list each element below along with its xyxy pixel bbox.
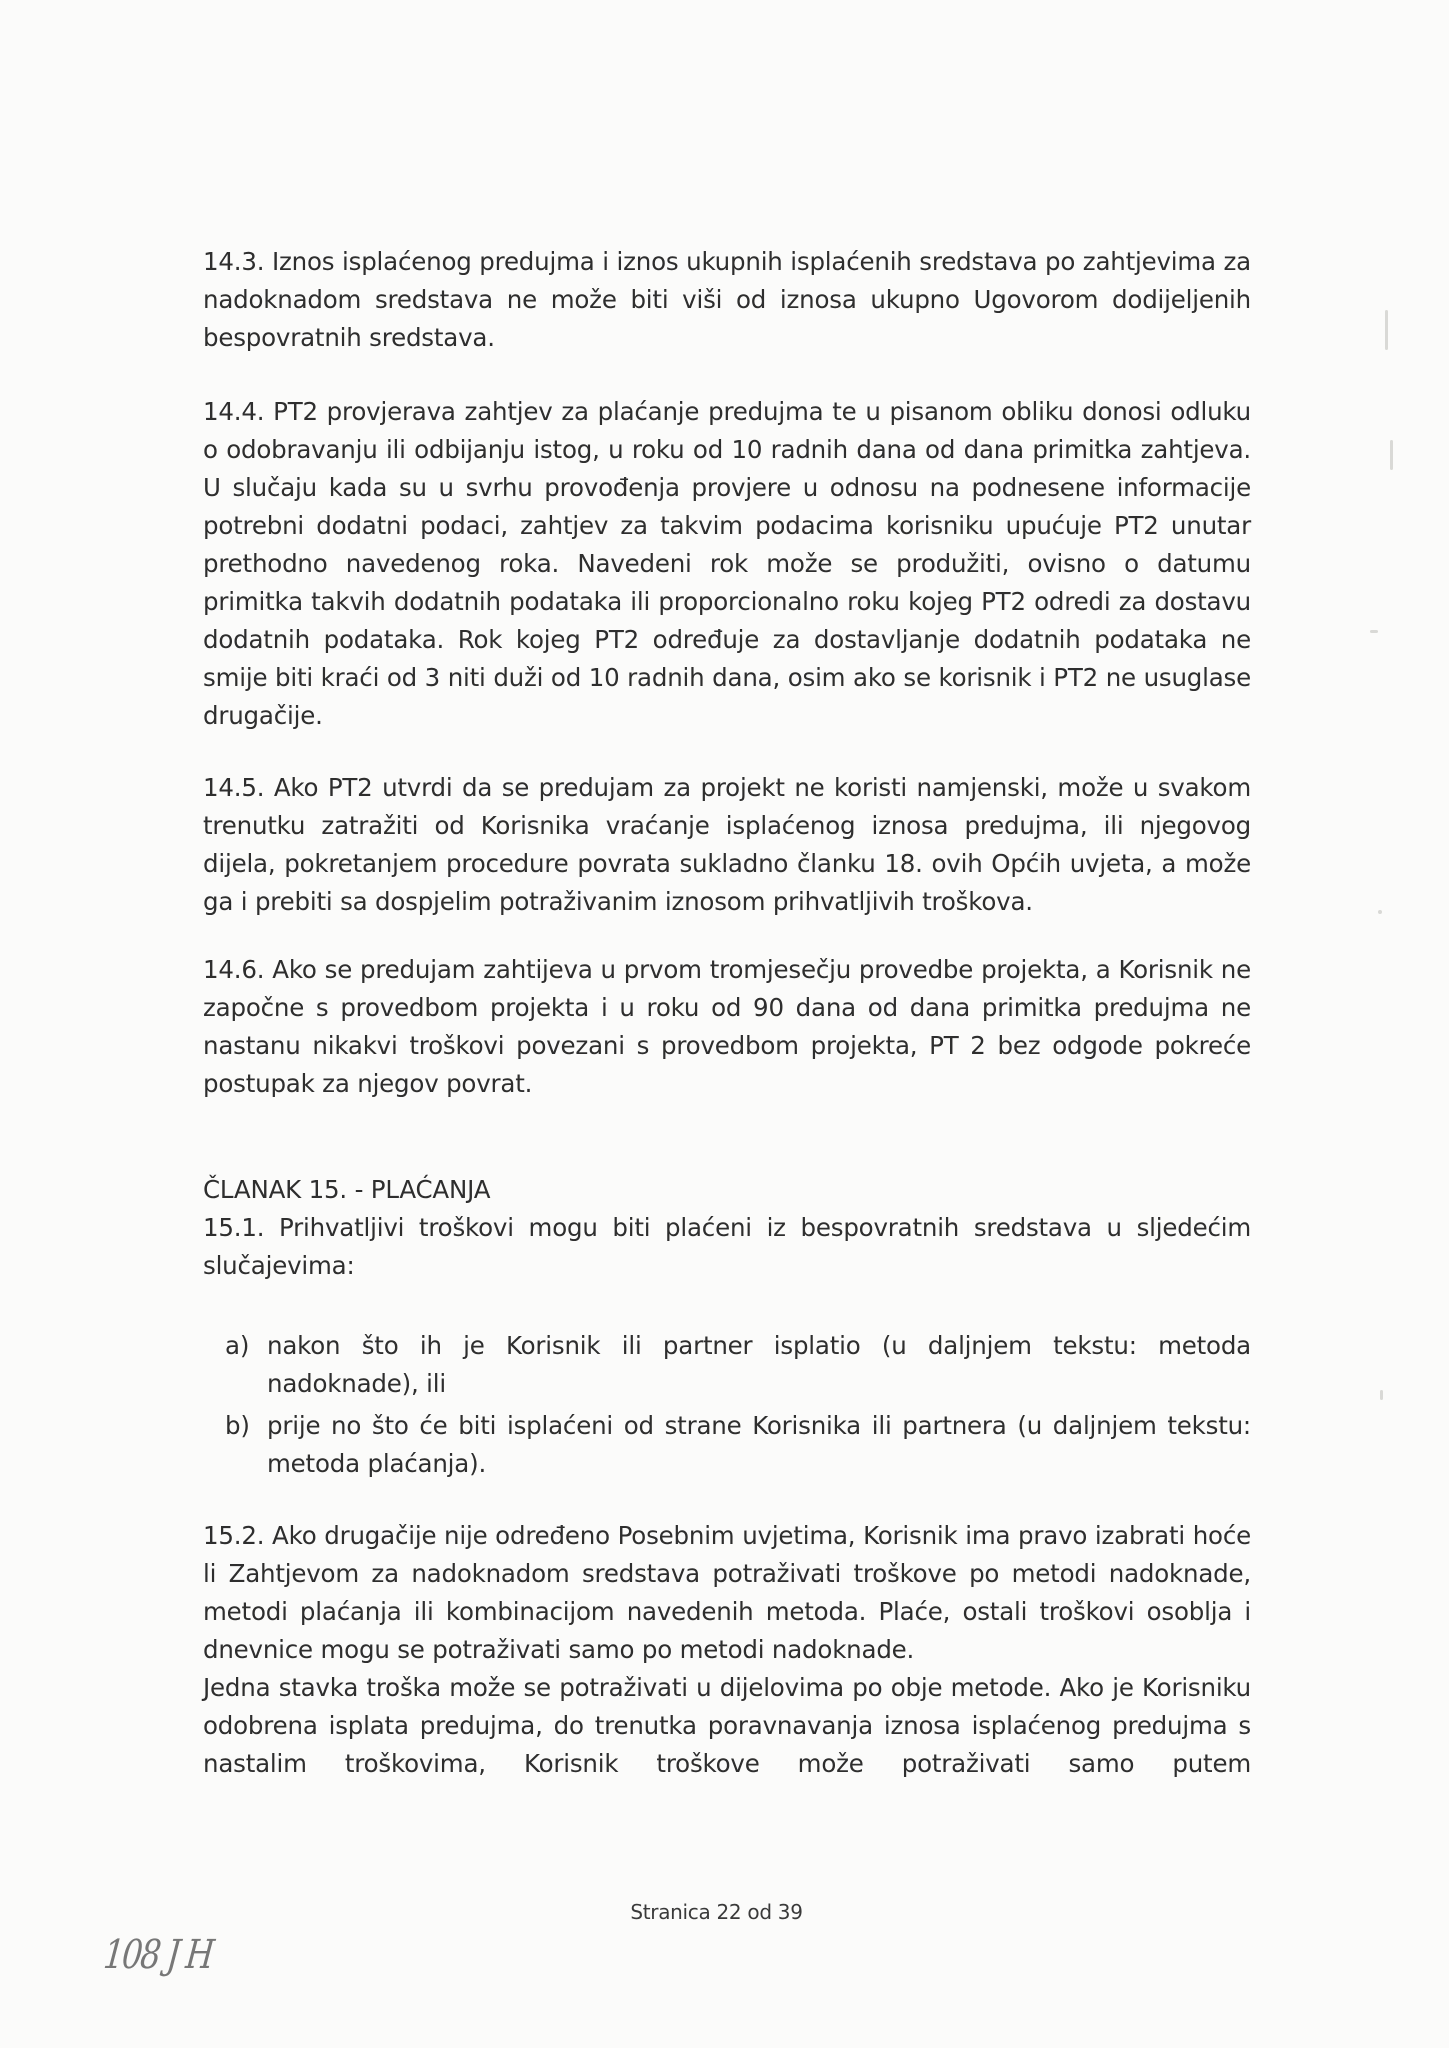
payment-methods-list: a) nakon što ih je Korisnik ili partner …: [203, 1327, 1251, 1483]
paragraph-15-1: 15.1. Prihvatljivi troškovi mogu biti pl…: [203, 1209, 1251, 1285]
paragraph-14-4: 14.4. PT2 provjerava zahtjev za plaćanje…: [203, 393, 1251, 735]
paragraph-15-2: 15.2. Ako drugačije nije određeno Posebn…: [203, 1517, 1251, 1669]
article-15-heading: ČLANAK 15. - PLAĆANJA: [203, 1171, 1251, 1209]
paragraph-14-3: 14.3. Iznos isplaćenog predujma i iznos …: [203, 243, 1251, 357]
list-item-text: nakon što ih je Korisnik ili partner isp…: [267, 1327, 1251, 1403]
document-page: 14.3. Iznos isplaćenog predujma i iznos …: [0, 0, 1449, 2048]
list-marker: b): [225, 1407, 267, 1445]
scan-speck: [1378, 910, 1382, 914]
page-number: Stranica 22 od 39: [630, 1900, 802, 1924]
scan-speck: [1385, 310, 1388, 350]
page-footer: Stranica 22 od 39: [0, 1900, 1449, 1924]
paragraph-14-5: 14.5. Ako PT2 utvrdi da se predujam za p…: [203, 769, 1251, 921]
scan-speck: [1380, 1390, 1383, 1400]
list-item-text: prije no što će biti isplaćeni od strane…: [267, 1407, 1251, 1483]
list-item-b: b) prije no što će biti isplaćeni od str…: [225, 1407, 1251, 1483]
paragraph-14-6: 14.6. Ako se predujam zahtijeva u prvom …: [203, 951, 1251, 1103]
scan-speck: [1370, 630, 1378, 633]
handwritten-annotation: 108 J H: [102, 1930, 215, 1978]
list-marker: a): [225, 1327, 267, 1365]
document-body: 14.3. Iznos isplaćenog predujma i iznos …: [203, 243, 1251, 1783]
list-item-a: a) nakon što ih je Korisnik ili partner …: [225, 1327, 1251, 1403]
scan-speck: [1390, 440, 1393, 470]
paragraph-15-2-continued: Jedna stavka troška može se potraživati …: [203, 1669, 1251, 1783]
